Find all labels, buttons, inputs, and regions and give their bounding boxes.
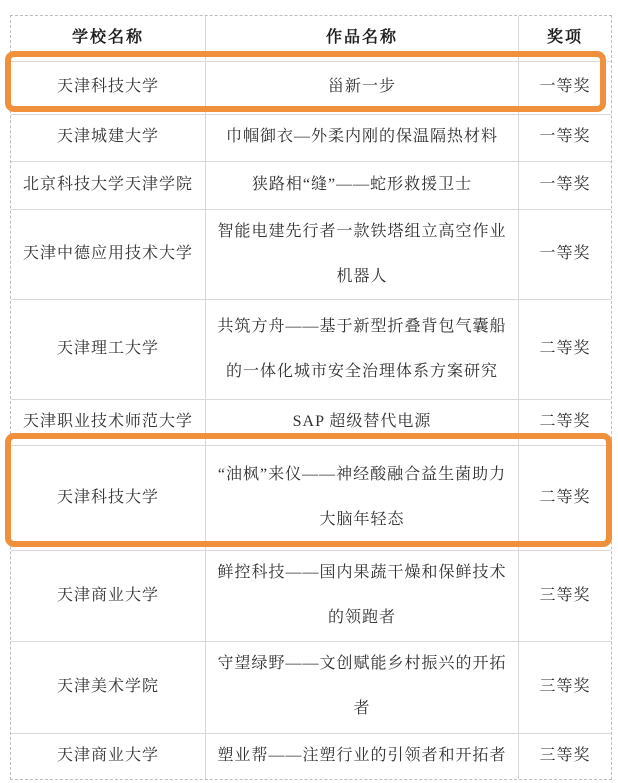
school-cell: 天津美术学院 bbox=[11, 642, 206, 734]
award-cell: 一等奖 bbox=[519, 115, 611, 162]
award-cell: 三等奖 bbox=[519, 734, 611, 779]
table-row: 天津商业大学 塑业帮——注塑行业的引领者和开拓者 三等奖 bbox=[11, 734, 611, 779]
work-cell: 守望绿野——文创赋能乡村振兴的开拓者 bbox=[206, 642, 519, 734]
table-row: 天津科技大学 “油枫”来仪——神经酸融合益生菌助力大脑年轻态 二等奖 bbox=[11, 446, 611, 551]
award-cell: 二等奖 bbox=[519, 446, 611, 551]
work-cell: 智能电建先行者一款铁塔组立高空作业机器人 bbox=[206, 210, 519, 301]
school-cell: 北京科技大学天津学院 bbox=[11, 162, 206, 210]
award-table: 学校名称 作品名称 奖项 天津科技大学 甾新一步 一等奖 天津城建大学 巾帼御衣… bbox=[10, 15, 612, 780]
table-row: 天津科技大学 甾新一步 一等奖 bbox=[11, 62, 611, 115]
school-cell: 天津科技大学 bbox=[11, 62, 206, 115]
work-cell: 鲜控科技——国内果蔬干燥和保鲜技术的领跑者 bbox=[206, 551, 519, 642]
school-cell: 天津中德应用技术大学 bbox=[11, 210, 206, 301]
school-cell: 天津职业技术师范大学 bbox=[11, 400, 206, 446]
table-row: 天津商业大学 鲜控科技——国内果蔬干燥和保鲜技术的领跑者 三等奖 bbox=[11, 551, 611, 642]
work-cell: 狭路相“缝”——蛇形救援卫士 bbox=[206, 162, 519, 210]
school-cell: 天津商业大学 bbox=[11, 551, 206, 642]
school-cell: 天津商业大学 bbox=[11, 734, 206, 779]
school-cell: 天津城建大学 bbox=[11, 115, 206, 162]
table-row: 天津城建大学 巾帼御衣—外柔内刚的保温隔热材料 一等奖 bbox=[11, 115, 611, 162]
header-row: 学校名称 作品名称 奖项 bbox=[11, 16, 611, 62]
award-cell: 三等奖 bbox=[519, 551, 611, 642]
work-cell: 巾帼御衣—外柔内刚的保温隔热材料 bbox=[206, 115, 519, 162]
table-row: 天津职业技术师范大学 SAP 超级替代电源 二等奖 bbox=[11, 400, 611, 446]
award-cell: 一等奖 bbox=[519, 62, 611, 115]
header-cell-award: 奖项 bbox=[519, 16, 611, 62]
work-cell: SAP 超级替代电源 bbox=[206, 400, 519, 446]
table-row: 天津中德应用技术大学 智能电建先行者一款铁塔组立高空作业机器人 一等奖 bbox=[11, 210, 611, 301]
table-row: 天津理工大学 共筑方舟——基于新型折叠背包气囊船的一体化城市安全治理体系方案研究… bbox=[11, 300, 611, 400]
school-cell: 天津理工大学 bbox=[11, 300, 206, 400]
work-cell: 甾新一步 bbox=[206, 62, 519, 115]
work-cell: 共筑方舟——基于新型折叠背包气囊船的一体化城市安全治理体系方案研究 bbox=[206, 300, 519, 400]
award-cell: 二等奖 bbox=[519, 400, 611, 446]
award-cell: 二等奖 bbox=[519, 300, 611, 400]
header-cell-work: 作品名称 bbox=[206, 16, 519, 62]
header-cell-school: 学校名称 bbox=[11, 16, 206, 62]
work-cell: “油枫”来仪——神经酸融合益生菌助力大脑年轻态 bbox=[206, 446, 519, 551]
table-row: 天津美术学院 守望绿野——文创赋能乡村振兴的开拓者 三等奖 bbox=[11, 642, 611, 734]
page: 学校名称 作品名称 奖项 天津科技大学 甾新一步 一等奖 天津城建大学 巾帼御衣… bbox=[0, 0, 618, 783]
school-cell: 天津科技大学 bbox=[11, 446, 206, 551]
award-cell: 一等奖 bbox=[519, 162, 611, 210]
work-cell: 塑业帮——注塑行业的引领者和开拓者 bbox=[206, 734, 519, 779]
table-row: 北京科技大学天津学院 狭路相“缝”——蛇形救援卫士 一等奖 bbox=[11, 162, 611, 210]
award-cell: 三等奖 bbox=[519, 642, 611, 734]
award-cell: 一等奖 bbox=[519, 210, 611, 301]
